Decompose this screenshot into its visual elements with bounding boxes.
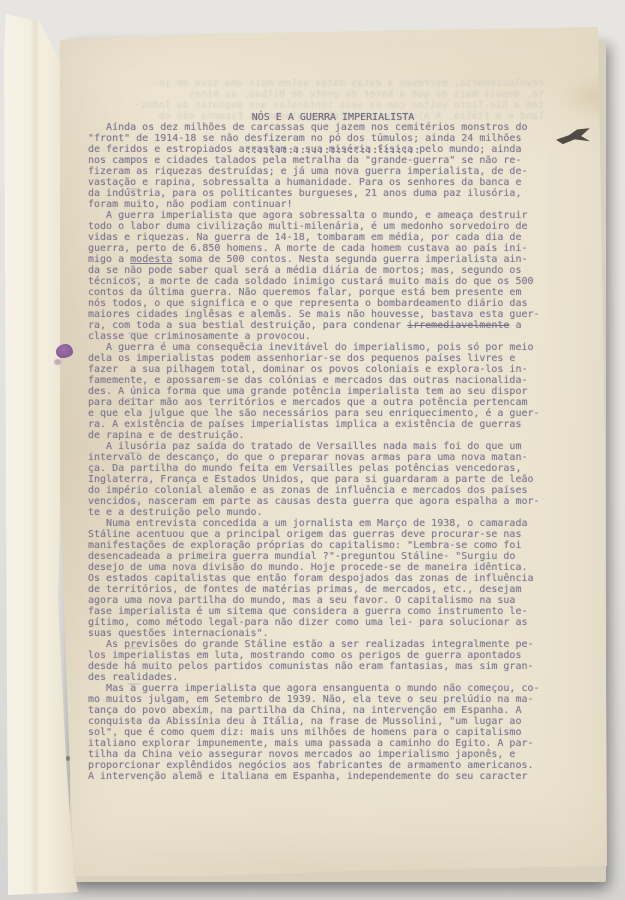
typed-line: vastação e rapina, sobressalta a humanid… — [88, 177, 570, 188]
typed-line: classe que criminosamente a provocou. — [88, 331, 570, 342]
margin-mark — [128, 188, 140, 190]
paper-stain — [556, 74, 625, 120]
typed-line: contos da última guerra. Não queremos fa… — [88, 287, 570, 298]
typed-line: de rapina e de destruição. — [88, 430, 570, 441]
typed-line: Aínda os dez milhões de carcassas que ja… — [88, 122, 570, 133]
margin-mark — [128, 720, 140, 722]
typed-line: ra, com toda a sua bestial destruição, p… — [88, 320, 570, 331]
typed-line: manifestações de exploração próprias do … — [88, 540, 570, 551]
photo-of-document: revolucionário, escreveu a estas datas v… — [0, 0, 625, 900]
typed-line: desencadeada a primeira guerra mundial ?… — [88, 551, 570, 562]
paragraph: A guerra imperialista que agora sobressa… — [88, 210, 570, 342]
edge-speck — [66, 756, 70, 761]
typed-line: todo o labor duma civilização multi-mile… — [88, 221, 570, 232]
typed-line: Numa entrevista concedida a um jornalist… — [88, 518, 570, 529]
typed-line: Inglaterra, França e Estados Unidos, que… — [88, 474, 570, 485]
typed-line: de feridos e estropiados arrastam a sua … — [88, 144, 570, 155]
margin-mark — [128, 277, 140, 279]
margin-mark — [128, 452, 140, 454]
margin-mark — [128, 557, 140, 559]
margin-bleed-marks — [128, 26, 142, 876]
typed-page: revolucionário, escreveu a estas datas v… — [58, 26, 610, 876]
typed-line: des realidades. — [88, 672, 570, 683]
typed-line: A intervenção alemã e italiana em Espanh… — [88, 771, 570, 782]
typed-line: migo a modesta soma de 500 contos. Nesta… — [88, 254, 570, 265]
typed-line: e que ela julgue que lhe são necessários… — [88, 408, 570, 419]
typed-line: proporcionar explêndidos negócios aos fa… — [88, 760, 570, 771]
typed-line: do império colonial alemão e as zonas de… — [88, 485, 570, 496]
typed-line: dela os imperialistas podem assenhoriar-… — [88, 353, 570, 364]
bleed-line: revolucionário, escreveu a estas datas v… — [92, 78, 544, 89]
typed-line: da indústria, para os politicantes burgu… — [88, 188, 570, 199]
typed-line: los imperialistas em luta, mostrando com… — [88, 650, 570, 661]
typed-line: ça. Da partilha do mundo feita em Versai… — [88, 463, 570, 474]
margin-mark — [128, 647, 140, 649]
typed-line: ra. A existência de países imperialistas… — [88, 419, 570, 430]
typed-line: Stáline acentuou que a principal origem … — [88, 529, 570, 540]
typed-line: conquista da Abissínia deu à Itália, na … — [88, 716, 570, 727]
typed-line: para deitar mão aos territórios e mercad… — [88, 397, 570, 408]
typed-line: tança do povo abexim, na partilha da Chi… — [88, 705, 570, 716]
typed-line: A ilusória paz saída do tratado de Versa… — [88, 441, 570, 452]
typed-line: fase imperialista é um sitema que consid… — [88, 606, 570, 617]
purple-ink-blot — [56, 344, 73, 358]
paragraph: Numa entrevista concedida a um jornalist… — [88, 518, 570, 639]
margin-mark — [128, 683, 140, 685]
typed-line: Mas a guerra imperialista que agora ensa… — [88, 683, 570, 694]
paragraph: Mas a guerra imperialista que agora ensa… — [88, 683, 570, 782]
typed-line: nos campos e cidades talados pela metral… — [88, 155, 570, 166]
typed-body: Aínda os dez milhões de carcassas que ja… — [88, 122, 570, 782]
purple-ink-blot-tail — [54, 359, 61, 365]
typed-line: "front" de 1914-18 se não desfizeram no … — [88, 133, 570, 144]
typed-line: famemente, e apossarem-se das colónias e… — [88, 375, 570, 386]
typed-line: vencidos, nasceram em parte as causas de… — [88, 496, 570, 507]
cover-crease — [30, 10, 40, 896]
typed-line: fizeram as riquezas destruídas; e já uma… — [88, 166, 570, 177]
typed-line: de territórios, de fontes de matérias pr… — [88, 584, 570, 595]
typed-line: A guerra é uma consequêcia inevitável do… — [88, 342, 570, 353]
typed-line: vidas e riquezas. Na guerra de 14-18, to… — [88, 232, 570, 243]
typed-line: sol", que é como quem diz: mais uns milh… — [88, 727, 570, 738]
typed-line: maiores cidades inglêsas e alemãs. Se ma… — [88, 309, 570, 320]
typed-line: nós todos, o que significa e o que repre… — [88, 298, 570, 309]
typed-line: intervalo de descanço, do que o preparar… — [88, 452, 570, 463]
typed-line: Os estados capitalistas que então foram … — [88, 573, 570, 584]
typed-line: suas questões internacionais". — [88, 628, 570, 639]
margin-mark — [128, 501, 140, 503]
margin-mark — [128, 332, 140, 334]
typed-line: des. A única forma que uma grande potênc… — [88, 386, 570, 397]
typed-line: fazer a sua pilhagem total, dominar os p… — [88, 364, 570, 375]
typed-line: gítimo, como método legal-para não dizer… — [88, 617, 570, 628]
typed-line: mo muitos julgam, em Setembro de 1939. N… — [88, 694, 570, 705]
margin-mark — [128, 613, 140, 615]
typed-line: agora uma nova partilha do mundo, mas a … — [88, 595, 570, 606]
typed-line: foram muito, não podiam continuar! — [88, 199, 570, 210]
typed-line: As previsões do grande Stáline estão a s… — [88, 639, 570, 650]
typed-line: técnicos, a morte de cada soldado inimig… — [88, 276, 570, 287]
typed-line: desejo de uma nova divisão do mundo. Hoj… — [88, 562, 570, 573]
margin-mark — [128, 398, 140, 400]
typed-line: desde há muito pelos partidos comunistas… — [88, 661, 570, 672]
typed-line: A guerra imperialista que agora sobressa… — [88, 210, 570, 221]
typed-line: italiano explorar impunemente, mais uma … — [88, 738, 570, 749]
typed-line: te e a destruição pelo mundo. — [88, 507, 570, 518]
paragraph: Aínda os dez milhões de carcassas que ja… — [88, 122, 570, 210]
margin-mark — [128, 157, 140, 159]
paragraph: A guerra é uma consequêcia inevitável do… — [88, 342, 570, 441]
paragraph: As previsões do grande Stáline estão a s… — [88, 639, 570, 683]
typed-line: tilha da China veio assegurar novos merc… — [88, 749, 570, 760]
paragraph: A ilusória paz saída do tratado de Versa… — [88, 441, 570, 518]
typed-line: da se não pode saber qual será a média d… — [88, 265, 570, 276]
typed-line: guerra, perto de 6.850 homens. A morte d… — [88, 243, 570, 254]
